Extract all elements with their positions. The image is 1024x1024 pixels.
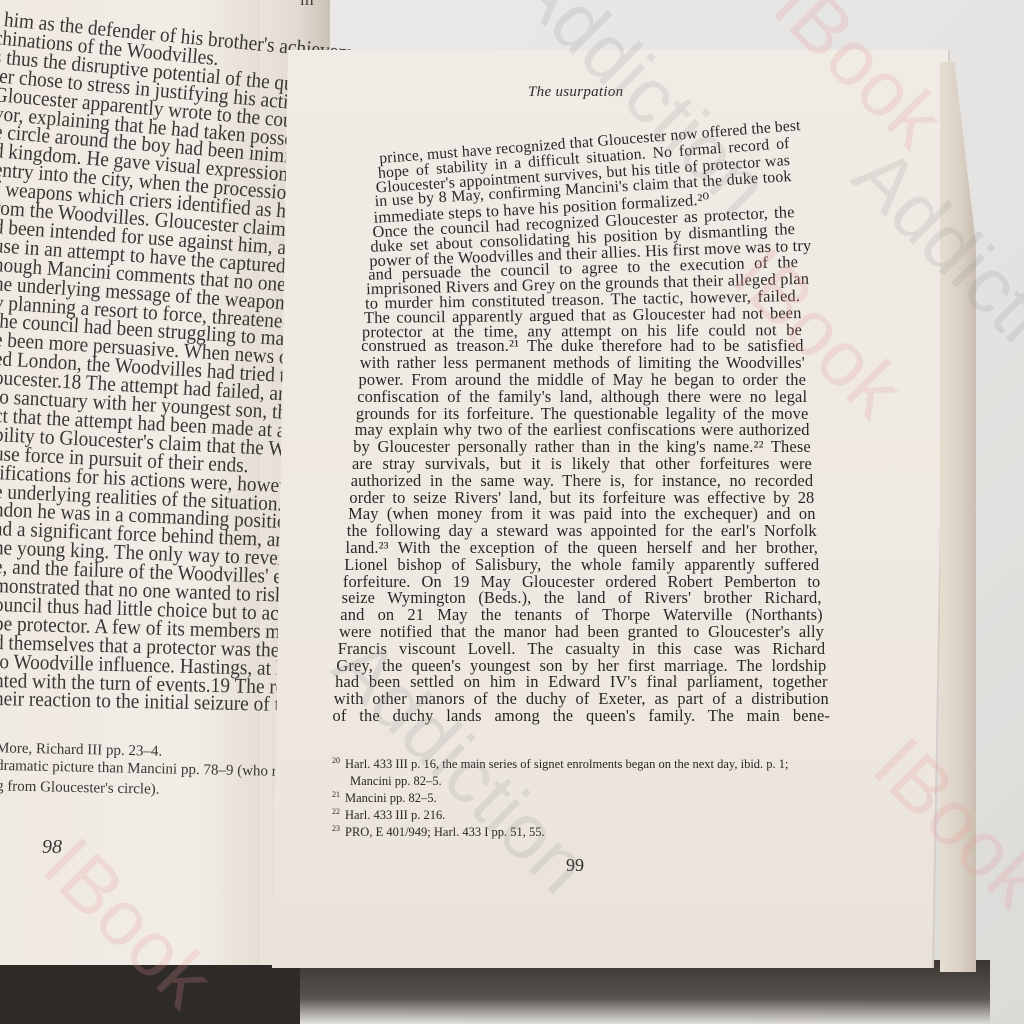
right-footnote: 21Mancini pp. 82–5.	[332, 790, 437, 806]
footnote-number: 22	[332, 807, 340, 816]
footnote-text: Mancini pp. 82–5.	[350, 774, 442, 788]
footnote-text: Mancini pp. 82–5.	[345, 791, 437, 805]
right-page-text: The usurpation prince, must have recogni…	[0, 0, 1024, 1024]
footnote-text: Harl. 433 III p. 216.	[345, 808, 445, 822]
right-footnote: 22Harl. 433 III p. 216.	[332, 807, 445, 823]
footnote-number: 20	[332, 756, 340, 765]
right-footnote: 20Harl. 433 III p. 16, the main series o…	[332, 756, 789, 772]
right-page-line: of the duchy lands among the queen's fam…	[333, 706, 831, 726]
running-head: The usurpation	[528, 84, 623, 101]
footnote-text: PRO, E 401/949; Harl. 433 I pp. 51, 55.	[345, 825, 545, 839]
footnote-text: Harl. 433 III p. 16, the main series of …	[345, 757, 789, 771]
footnote-number: 23	[332, 824, 340, 833]
right-footnote: Mancini pp. 82–5.	[345, 773, 442, 789]
right-footnote: 23PRO, E 401/949; Harl. 433 I pp. 51, 55…	[332, 824, 545, 840]
footnote-number: 21	[332, 790, 340, 799]
right-page-number: 99	[566, 855, 584, 876]
